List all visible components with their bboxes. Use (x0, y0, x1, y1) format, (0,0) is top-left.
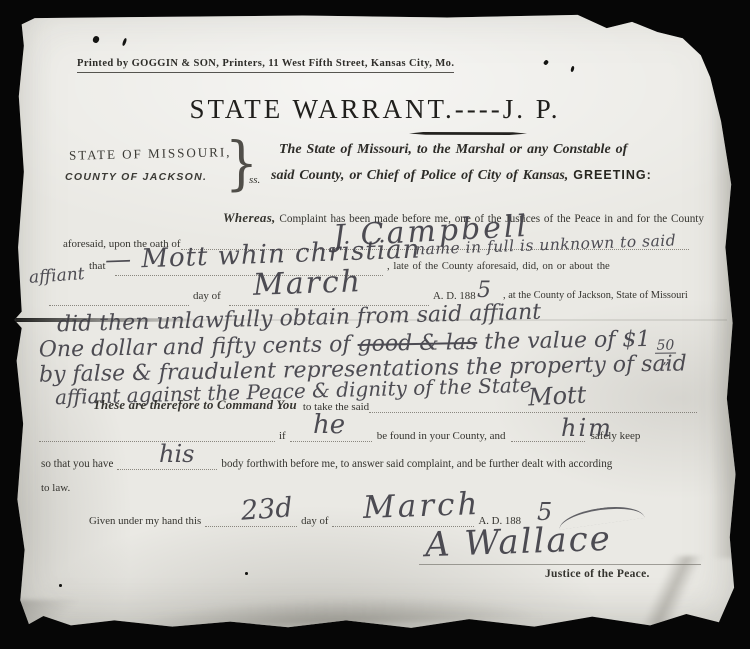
day-blank (49, 290, 189, 306)
that-label: that (89, 260, 106, 272)
document-title: STATE WARRANT.----J. P. (13, 94, 737, 125)
offense-line2-b: the value of $1 (484, 327, 651, 355)
if-label: if (279, 430, 286, 442)
so-that-text: so that you have (41, 458, 113, 470)
month-handwriting: March (252, 264, 362, 303)
scanned-document: Printed by GOGGIN & SON, Printers, 11 We… (0, 0, 750, 649)
ink-speck (245, 572, 248, 575)
whereas-label: Whereas, (223, 210, 276, 225)
blank (39, 428, 275, 442)
ad-prefix: A. D. 188 (433, 290, 476, 302)
ink-speck (122, 38, 128, 47)
address-line-2-text: said County, or Chief of Police of City … (271, 168, 568, 183)
command-bold: These are therefore to Command You (93, 398, 297, 413)
found-text: be found in your County, and (377, 430, 506, 442)
printer-credit: Printed by GOGGIN & SON, Printers, 11 We… (77, 58, 454, 73)
ink-speck (59, 584, 62, 587)
paper-wrinkle (123, 590, 554, 629)
margin-affiant-handwriting: affiant (28, 264, 85, 288)
he-handwriting: he (313, 410, 345, 440)
command-line: These are therefore to Command You to ta… (93, 398, 697, 413)
greeting-label: GREETING: (573, 168, 651, 182)
command-name-handwriting: Mott (527, 380, 587, 411)
ink-speck (543, 59, 549, 65)
edge-shadow (711, 38, 737, 558)
day-number-handwriting: 23d (240, 492, 294, 527)
year-digit-handwriting: 5 (477, 278, 491, 303)
address-line-1: The State of Missouri, to the Marshal or… (279, 142, 627, 158)
him-handwriting: him (561, 414, 613, 442)
justice-signature-handwriting: A Wallace (424, 519, 612, 565)
day-of-label: day of (193, 290, 221, 302)
given-text: Given under my hand this (89, 515, 201, 527)
dateline-day-of: day of (301, 515, 328, 527)
offense-line2-struck: good & las (357, 330, 477, 357)
his-handwriting: his (159, 440, 194, 468)
caption-state: STATE OF MISSOURI, (69, 144, 232, 163)
address-line-2: said County, or Chief of Police of City … (271, 168, 652, 184)
warrant-paper: Printed by GOGGIN & SON, Printers, 11 We… (13, 8, 737, 638)
so-that-line: so that you have body forthwith before m… (41, 456, 707, 470)
to-law-text: to law. (41, 482, 70, 494)
dateline-month-handwriting: March (362, 486, 481, 526)
ss-abbreviation: ss. (249, 174, 260, 186)
caption-county: COUNTY OF JACKSON. (65, 171, 207, 183)
title-rule (409, 132, 527, 135)
paper-wrinkle (609, 556, 729, 626)
ink-speck (92, 35, 100, 44)
ink-speck (570, 66, 574, 73)
body-forthwith-text: body forthwith before me, to answer said… (221, 458, 612, 470)
paper-wrinkle (19, 600, 79, 638)
